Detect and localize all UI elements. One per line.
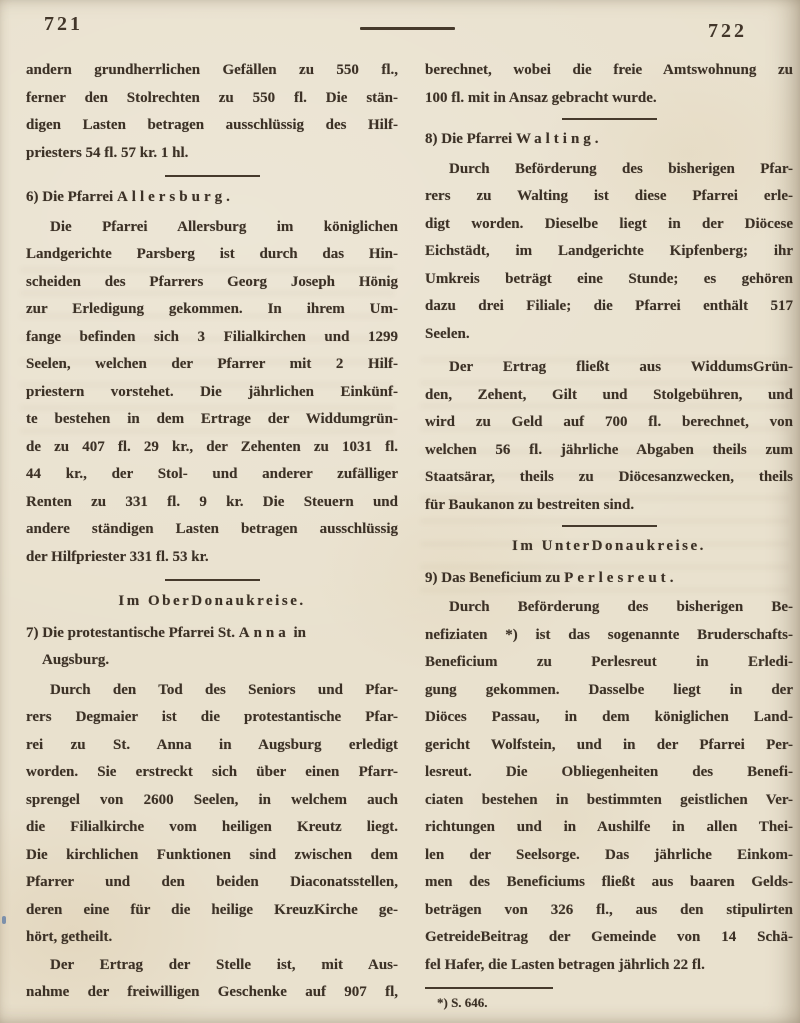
text-line: rers Degmaier ist die protestantische Pf… [26, 704, 398, 732]
text-line: rei zu St. Anna in Augsburg erledigt [26, 732, 398, 760]
section-divider [562, 118, 657, 120]
text-line: Diöces Passau, in dem königlichen Land- [425, 704, 793, 732]
text-line: hört, getheilt. [26, 924, 398, 952]
paragraph-continuation: berechnet, wobei die freie Amtswohnung z… [425, 57, 793, 112]
text-line: Landgerichte Parsberg ist durch das Hin- [26, 241, 398, 269]
paragraph: Die Pfarrei Allersburg im königlichenLan… [26, 214, 398, 572]
text-line: Seelen, welchen der Pfarrer mit 2 Hilf- [26, 351, 398, 379]
text-line: worden. Sie erstreckt sich über einen Pf… [26, 759, 398, 787]
district-heading: Im OberDonaukreise. [26, 588, 398, 616]
text-line: für Baukanon zu bestreiten sind. [425, 492, 793, 520]
text-line: wird zu Geld auf 700 fl. berechnet, von [425, 409, 793, 437]
text-line: GetreideBeitrag der Gemeinde von 14 Schä… [425, 924, 793, 952]
text-line: 100 fl. mit in Ansaz gebracht wurde. [425, 85, 793, 113]
heading-place-name: Allersburg [117, 189, 226, 205]
text-line: Beneficium zu Perlesreut in Erledi- [425, 649, 793, 677]
section-heading-6: 6) Die Pfarrei Allersburg. [26, 184, 398, 212]
text-line: gericht Wolfstein, und in der Pfarrei Pe… [425, 732, 793, 760]
text-line: fange befinden sich 3 Filialkirchen und … [26, 324, 398, 352]
heading-text: 8) Die Pfarrei [425, 131, 516, 147]
text-line: priestern vorstehet. Die jährlichen Eink… [26, 379, 398, 407]
header-divider [360, 27, 455, 30]
text-line: digen Lasten betragen ausschlüssig des H… [26, 112, 398, 140]
paragraph: Durch Beförderung des bisherigen Pfar-re… [425, 156, 793, 349]
text-line: Die Pfarrei Allersburg im königlichen [26, 214, 398, 242]
heading-text: 6) Die Pfarrei [26, 189, 117, 205]
text-line: len der Seelsorge. Das jährliche Einkom- [425, 842, 793, 870]
text-line: Die kirchlichen Funktionen sind zwischen… [26, 842, 398, 870]
text-line: Der Ertrag der Stelle ist, mit Aus- [26, 952, 398, 980]
text-line: andern grundherrlichen Gefällen zu 550 f… [26, 57, 398, 85]
text-line: der Hilfpriester 331 fl. 53 kr. [26, 544, 398, 572]
footnote: *) S. 646. [425, 993, 793, 1013]
text-line: men des Beneficiums fließt aus baaren Ge… [425, 869, 793, 897]
paragraph: Der Ertrag fließt aus WiddumsGrün-den, Z… [425, 354, 793, 519]
ink-speck [2, 916, 6, 924]
paragraph: Durch Beförderung des bisherigen Be-nefi… [425, 594, 793, 979]
text-line: nahme der freiwilligen Geschenke auf 907… [26, 979, 398, 1007]
heading-text: . [595, 131, 599, 147]
heading-text: 7) Die protestantische Pfarrei St. [26, 625, 239, 641]
text-line: digt worden. Dieselbe liegt in der Diöce… [425, 211, 793, 239]
heading-place-name: Perlesreut [564, 570, 670, 586]
left-column: andern grundherrlichen Gefällen zu 550 f… [26, 57, 398, 1007]
footnote-divider [425, 987, 553, 989]
text-line: de zu 407 fl. 29 kr., der Zehenten zu 10… [26, 434, 398, 462]
text-line: Pfarrer und den beiden Diaconatsstellen, [26, 869, 398, 897]
text-line: Eichstädt, im Landgerichte Kipfenberg; i… [425, 238, 793, 266]
heading-line: 7) Die protestantische Pfarrei St. Anna … [26, 620, 398, 648]
heading-text: in [290, 625, 306, 641]
page-number-right: 722 [708, 20, 747, 43]
text-line: nefiziaten *) ist das sogenannte Bruders… [425, 622, 793, 650]
heading-place-name: Walting [516, 131, 595, 147]
paragraph: Durch den Tod des Seniors und Pfar-rers … [26, 677, 398, 952]
text-line: beträgen von 326 fl., aus den stipulirte… [425, 897, 793, 925]
text-line: berechnet, wobei die freie Amtswohnung z… [425, 57, 793, 85]
text-line: ciaten bestehen in bestimmten geistliche… [425, 787, 793, 815]
text-line: Durch Beförderung des bisherigen Be- [425, 594, 793, 622]
text-line: sprengel von 2600 Seelen, in welchem auc… [26, 787, 398, 815]
text-line: richtungen und in Aushilfe in allen Thei… [425, 814, 793, 842]
text-line: rers zu Walting ist diese Pfarrei erle- [425, 183, 793, 211]
text-line: zur Erledigung gekommen. In ihrem Um- [26, 296, 398, 324]
text-line: lesreut. Die Obliegenheiten des Benefi- [425, 759, 793, 787]
right-column: berechnet, wobei die freie Amtswohnung z… [425, 57, 793, 1013]
text-line: fel Hafer, die Lasten betragen jährlich … [425, 952, 793, 980]
text-line: te bestehen in dem Ertrage der Widdumgrü… [26, 406, 398, 434]
scanned-book-page: 721 722 andern grundherrlichen Gefällen … [0, 0, 800, 1023]
section-heading-9: 9) Das Beneficium zu Perlesreut. [425, 565, 793, 593]
heading-text: 9) Das Beneficium zu [425, 570, 564, 586]
text-line: scheiden des Pfarrers Georg Joseph Hönig [26, 269, 398, 297]
page-number-left: 721 [44, 13, 83, 36]
heading-place-name: Anna [239, 625, 290, 641]
text-line: Der Ertrag fließt aus WiddumsGrün- [425, 354, 793, 382]
text-line: welchen 56 fl. jährliche Abgaben theils … [425, 437, 793, 465]
text-line: die Filialkirche vom heiligen Kreutz lie… [26, 814, 398, 842]
heading-text: . [670, 570, 674, 586]
paragraph: Der Ertrag der Stelle ist, mit Aus-nahme… [26, 952, 398, 1007]
section-divider [562, 525, 657, 527]
text-line: andere ständigen Lasten betragen ausschl… [26, 516, 398, 544]
text-line: 44 kr., der Stol- und anderer zufälliger [26, 461, 398, 489]
heading-text: . [226, 189, 230, 205]
section-heading-8: 8) Die Pfarrei Walting. [425, 126, 793, 154]
paragraph-continuation: andern grundherrlichen Gefällen zu 550 f… [26, 57, 398, 167]
text-line: gung gekommen. Dasselbe liegt in der [425, 677, 793, 705]
section-heading-7: 7) Die protestantische Pfarrei St. Anna … [26, 620, 398, 675]
text-line: Umkreis beträgt eine Stunde; es gehören [425, 266, 793, 294]
text-line: ferner den Stolrechten zu 550 fl. Die st… [26, 85, 398, 113]
text-line: den, Zehent, Gilt und Stolgebühren, und [425, 382, 793, 410]
text-line: Durch den Tod des Seniors und Pfar- [26, 677, 398, 705]
section-divider [165, 579, 260, 581]
text-line: Renten zu 331 fl. 9 kr. Die Steuern und [26, 489, 398, 517]
text-line: Staatsärar, theils zu Diöcesanzwecken, t… [425, 464, 793, 492]
text-line: priesters 54 fl. 57 kr. 1 hl. [26, 140, 398, 168]
text-line: dazu drei Filiale; die Pfarrei enthält 5… [425, 293, 793, 321]
heading-line: Augsburg. [26, 647, 398, 675]
text-line: deren eine für die heilige KreuzKirche g… [26, 897, 398, 925]
text-line: Seelen. [425, 321, 793, 349]
section-divider [165, 175, 260, 177]
district-heading: Im UnterDonaukreise. [425, 533, 793, 561]
text-line: Durch Beförderung des bisherigen Pfar- [425, 156, 793, 184]
